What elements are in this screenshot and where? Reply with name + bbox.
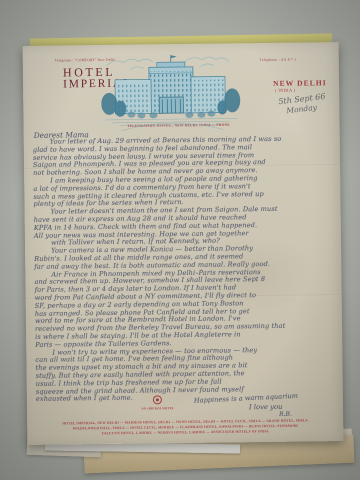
signoff-line: I love you bbox=[249, 403, 283, 411]
photo-of-letter: Telegrams : "COMFORT" New Delhi Telephon… bbox=[0, 0, 360, 480]
city-label: NEW DELHI bbox=[273, 78, 327, 88]
telephone-line: Telephone : 4 6 8 7 1 bbox=[260, 58, 297, 63]
associated-hotels-footer: HOTEL IMPERIAL, NEW DELHI — MAIDENS HOTE… bbox=[60, 418, 310, 437]
country-label: ( INDIA ) bbox=[275, 89, 295, 95]
hotel-engraving-illustration bbox=[101, 52, 242, 132]
oberoi-crest-icon-dot bbox=[156, 398, 159, 401]
signoff-initials: R.B. bbox=[279, 411, 292, 418]
crest-caption: AN OBEROI HOTEL bbox=[128, 407, 188, 412]
letter-sheet: Telegrams : "COMFORT" New Delhi Telephon… bbox=[23, 42, 344, 445]
handwriting-body: Your letter of Aug. 29 arrived at Benare… bbox=[33, 135, 338, 404]
